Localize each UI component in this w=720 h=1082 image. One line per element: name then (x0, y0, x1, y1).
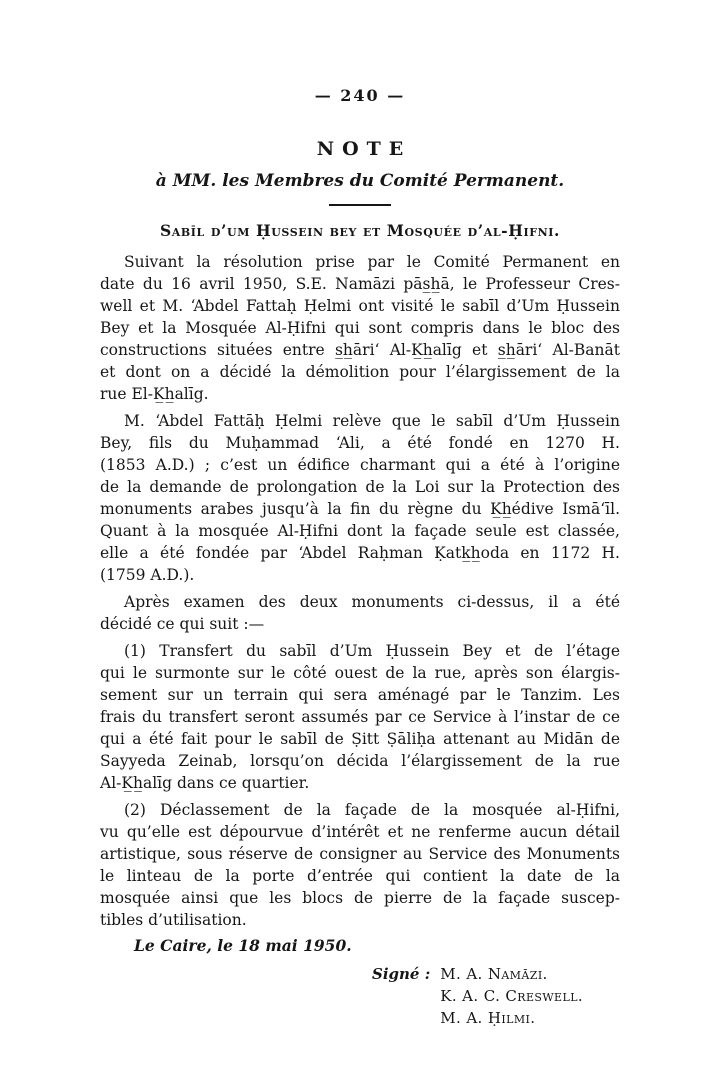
text-line: well et M. ‘Abdel Fattaḥ Ḥelmi ont visit… (100, 295, 620, 317)
text-line: le linteau de la porte d’entrée qui cont… (100, 865, 620, 887)
signature-name: M. A. Namāzi. (440, 963, 583, 985)
text-line: artistique, sous réserve de consigner au… (100, 843, 620, 865)
text-line: Sayyeda Zeinab, lorsqu’on décida l’élarg… (100, 750, 620, 772)
document-page: — 240 — NOTE à MM. les Membres du Comité… (0, 0, 720, 1082)
signature-label: Signé : (372, 963, 430, 985)
text-line: elle a été fondée par ‘Abdel Raḥman Ḳatk… (100, 542, 620, 564)
text-line: Bey, fils du Muḥammad ‘Ali, a été fondé … (100, 432, 620, 454)
paragraph: M. ‘Abdel Fattāḥ Ḥelmi relève que le sab… (100, 410, 620, 586)
text-line: sement sur un terrain qui sera aménagé p… (100, 684, 620, 706)
paragraph: Après examen des deux monuments ci-dessu… (100, 591, 620, 635)
note-subtitle: à MM. les Membres du Comité Permanent. (100, 171, 620, 191)
divider-rule (329, 204, 391, 206)
paragraph: Suivant la résolution prise par le Comit… (100, 251, 620, 405)
text-line: Quant à la mosquée Al-Ḥifni dont la faça… (100, 520, 620, 542)
text-line: (1853 A.D.) ; c’est un édifice charmant … (100, 454, 620, 476)
text-line: décidé ce qui suit :— (100, 613, 620, 635)
text-line: mosquée ainsi que les blocs de pierre de… (100, 887, 620, 909)
text-line: (1) Transfert du sabīl d’Um Ḥussein Bey … (100, 640, 620, 662)
text-line: tibles d’utilisation. (100, 909, 620, 931)
signature-name: M. A. Ḥilmi. (440, 1007, 583, 1029)
text-line: date du 16 avril 1950, S.E. Namāzi pās̲h… (100, 273, 620, 295)
document-body: Suivant la résolution prise par le Comit… (100, 251, 620, 931)
paragraph: (1) Transfert du sabīl d’Um Ḥussein Bey … (100, 640, 620, 794)
text-line: qui a été fait pour le sabīl de Ṣitt Ṣāl… (100, 728, 620, 750)
signature-names: M. A. Namāzi.K. A. C. Creswell.M. A. Ḥil… (440, 963, 583, 1029)
text-line: constructions situées entre s̲h̲āri‘ Al-… (100, 339, 620, 361)
dateline: Le Caire, le 18 mai 1950. (134, 936, 620, 955)
page-number: — 240 — (100, 86, 620, 105)
text-line: (2) Déclassement de la façade de la mosq… (100, 799, 620, 821)
section-heading: Sabīl d’um Ḥussein bey et Mosquée d’al-Ḥ… (100, 221, 620, 240)
text-line: vu qu’elle est dépourvue d’intérêt et ne… (100, 821, 620, 843)
text-line: Bey et la Mosquée Al-Ḥifni qui sont comp… (100, 317, 620, 339)
signature-block: Signé : M. A. Namāzi.K. A. C. Creswell.M… (372, 963, 620, 1029)
text-line: (1759 A.D.). (100, 564, 620, 586)
text-line: Suivant la résolution prise par le Comit… (100, 251, 620, 273)
note-title: NOTE (100, 138, 620, 160)
text-line: Après examen des deux monuments ci-dessu… (100, 591, 620, 613)
text-line: rue El-K̲h̲alīg. (100, 383, 620, 405)
text-line: Al-K̲h̲alīg dans ce quartier. (100, 772, 620, 794)
text-line: frais du transfert seront assumés par ce… (100, 706, 620, 728)
signature-name: K. A. C. Creswell. (440, 985, 583, 1007)
text-line: de la demande de prolongation de la Loi … (100, 476, 620, 498)
text-line: et dont on a décidé la démolition pour l… (100, 361, 620, 383)
paragraph: (2) Déclassement de la façade de la mosq… (100, 799, 620, 931)
text-line: qui le surmonte sur le côté ouest de la … (100, 662, 620, 684)
text-line: M. ‘Abdel Fattāḥ Ḥelmi relève que le sab… (100, 410, 620, 432)
text-line: monuments arabes jusqu’à la fin du règne… (100, 498, 620, 520)
